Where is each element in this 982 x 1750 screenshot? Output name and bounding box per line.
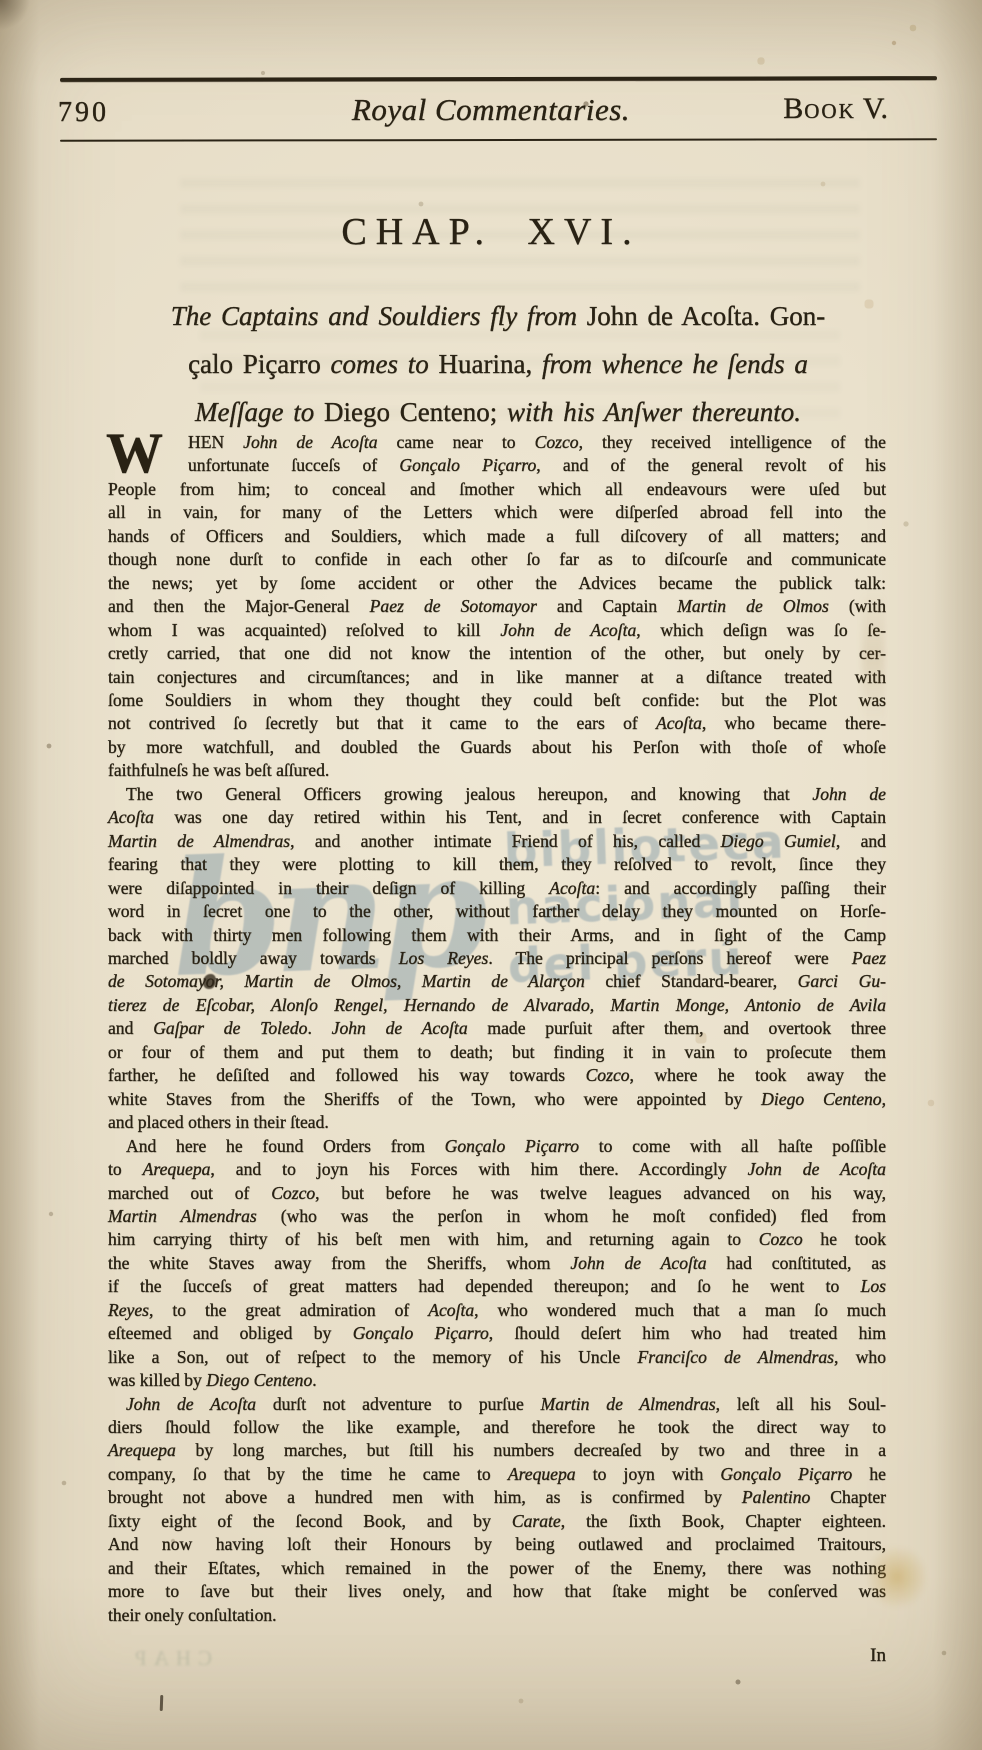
text-line: eſteemed and obliged by Gonçalo Piçarro,… [108, 1322, 886, 1345]
text-line: was killed by Diego Centeno. [108, 1369, 886, 1392]
proper-name: Acoſta [656, 713, 702, 733]
book-label: Book V. [783, 92, 888, 126]
paragraph: WHEN John de Acoſta came near to Cozco, … [108, 431, 886, 783]
text-line: their onely conſultation. [108, 1604, 886, 1627]
book-page: bnp biblioteca nacional del perú 790 Roy… [0, 0, 982, 1750]
proper-name: Arequepa [508, 1464, 576, 1484]
header-rule-top [60, 76, 937, 81]
text-line: the white Staves away from the Sheriffs,… [108, 1252, 886, 1275]
text-line: more to ſave but their lives onely, and … [108, 1580, 886, 1603]
proper-name: çalo Piçarro [188, 349, 321, 379]
text-run: chief Standard-bearer, [585, 971, 798, 991]
text-run: back with thirty men following them with… [108, 925, 886, 945]
text-run: he [852, 1464, 886, 1484]
text-run: by more watchfull, and doubled the Guard… [108, 737, 886, 757]
text-run: : and accordingly paſſing their [595, 878, 886, 898]
proper-name: Martin de Almendras [108, 831, 290, 851]
text-run: their onely conſultation. [108, 1605, 277, 1625]
text-run: made purſuit after them, and overtook th… [468, 1018, 886, 1038]
proper-name: John de Acoſta [570, 1253, 706, 1273]
text-run: (who was the perſon in whom he moſt conf… [257, 1206, 886, 1226]
text-run: The two General Officers growing jealous… [126, 784, 812, 804]
text-run: though none durſt to confide in each oth… [108, 549, 886, 569]
summary-line: çalo Piçarro comes to Huarina, from when… [128, 340, 868, 388]
text-run: hands of Officers and Souldiers, which m… [108, 526, 886, 546]
text-run: from whence he ſends a [532, 349, 808, 379]
text-line: back with thirty men following them with… [108, 924, 886, 947]
text-line: like a Son, out of reſpect to the memory… [108, 1346, 886, 1369]
proper-name: John de Acoſta [748, 1159, 886, 1179]
text-run: white Staves from the Sheriffs of the To… [108, 1089, 761, 1109]
text-line: diers ſhould follow the like example, an… [108, 1416, 886, 1439]
proper-name: John de Acoſta [500, 620, 636, 640]
text-run: diers ſhould follow the like example, an… [108, 1417, 886, 1437]
text-run: with his Anſwer thereunto. [497, 397, 801, 427]
text-run: marched boldly away towards [108, 948, 399, 968]
text-run: And now having loſt their Honours by bei… [108, 1534, 886, 1554]
proper-name: Cozco [271, 1183, 315, 1203]
chapter-heading: CHAP. XVI. [0, 210, 982, 254]
text-run: , who became there- [702, 713, 886, 733]
proper-name: Gonçalo Piçarro [445, 1136, 579, 1156]
text-run: , and of the general revolt of his [536, 455, 886, 475]
book-label-initial: B [783, 92, 804, 125]
proper-name: Acoſta [428, 1300, 474, 1320]
text-run: , the ſixth Book, Chapter eighteen. [561, 1511, 886, 1531]
proper-name: Gonçalo Piçarro [720, 1464, 852, 1484]
proper-name: Cozco [586, 1065, 630, 1085]
text-run: came near to [378, 432, 535, 452]
text-line: Martin de Almendras, and another intimat… [108, 830, 886, 853]
text-run: by long marches, but ſtill his numbers d… [176, 1440, 886, 1460]
text-run: , they received intelligence of the [579, 432, 886, 452]
proper-name: Diego Centeno [761, 1089, 881, 1109]
header-rule-bottom [60, 138, 937, 142]
text-run: , who wondered much that a man ſo much [474, 1300, 886, 1320]
text-run: farther, he deſiſted and followed his wa… [108, 1065, 586, 1085]
proper-name: Franciſco de Almendras [638, 1347, 835, 1367]
text-line: Acoſta was one day retired within his Te… [108, 806, 886, 829]
proper-name: John de Acoſta [243, 432, 377, 452]
text-run: People from him; to conceal and ſmother … [108, 479, 886, 499]
text-line: by more watchfull, and doubled the Guard… [108, 736, 886, 759]
text-run: tain conjectures and circumſtances; and … [108, 667, 886, 687]
text-run: he took [803, 1229, 886, 1249]
paper-speckles [0, 0, 2, 2]
text-run: , and to joyn his Forces with him there.… [210, 1159, 747, 1179]
text-run: or four of them and put them to death; b… [108, 1042, 886, 1062]
proper-name: Diego Centeno [206, 1370, 312, 1390]
body-text: WHEN John de Acoſta came near to Cozco, … [108, 431, 886, 1627]
text-run: And here he found Orders from [126, 1136, 445, 1156]
proper-name: Garci Gu- [798, 971, 886, 991]
text-line: marched out of Cozco, but before he was … [108, 1182, 886, 1205]
text-line: People from him; to conceal and ſmother … [108, 478, 886, 501]
text-line: marched boldly away towards Los Reyes. T… [108, 947, 886, 970]
bleed-through-text: CHAP [92, 1646, 212, 1671]
text-line: And here he found Orders from Gonçalo Pi… [108, 1135, 886, 1158]
paragraph: John de Acoſta durſt not adventure to pu… [108, 1393, 886, 1628]
book-label-rest: ook [804, 99, 856, 123]
text-line: though none durſt to confide in each oth… [108, 548, 886, 571]
proper-name: Gonçalo Piçarro [353, 1323, 489, 1343]
text-line: and then the Major-General Paez de Sotom… [108, 595, 886, 618]
text-run: was killed by [108, 1370, 206, 1390]
text-line: The two General Officers growing jealous… [108, 783, 886, 806]
text-run: whom I was acquainted) reſolved to kill [108, 620, 500, 640]
text-run: had conſtituted, as [707, 1253, 886, 1273]
text-run: comes to [321, 349, 439, 379]
text-run: , who [834, 1347, 886, 1367]
text-line: and their Eſtates, which remained in the… [108, 1557, 886, 1580]
summary-line: Meſſage to Diego Centeno; with his Anſwe… [128, 388, 868, 436]
text-run: and their Eſtates, which remained in the… [108, 1558, 886, 1578]
text-run: the news; yet by ſome accident or other … [108, 573, 886, 593]
proper-name: Reyes [108, 1300, 149, 1320]
text-run: . [312, 1370, 316, 1390]
text-run: to [108, 1159, 143, 1179]
text-line: word in ſecret one to the other, without… [108, 900, 886, 923]
catchword: In [870, 1645, 886, 1667]
text-line: HEN John de Acoſta came near to Cozco, t… [108, 431, 886, 454]
proper-name: Diego Gumiel [721, 831, 836, 851]
text-run: eſteemed and obliged by [108, 1323, 353, 1343]
text-line: unfortunate ſucceſs of Gonçalo Piçarro, … [108, 454, 886, 477]
proper-name: Martin Almendras [108, 1206, 257, 1226]
text-line: John de Acoſta durſt not adventure to pu… [108, 1393, 886, 1416]
text-run: and then the Major-General [108, 596, 370, 616]
text-line: faithfulneſs he was beſt aſſured. [108, 759, 886, 782]
proper-name: Acoſta [549, 878, 595, 898]
proper-name: Arequepa [143, 1159, 211, 1179]
text-line: farther, he deſiſted and followed his wa… [108, 1064, 886, 1087]
proper-name: Gonçalo Piçarro [399, 455, 536, 475]
text-line: to Arequepa, and to joyn his Forces with… [108, 1158, 886, 1181]
text-run: , where he took away the [630, 1065, 886, 1085]
text-run: all in vain, for many of the Letters whi… [108, 502, 886, 522]
text-run: not contrived ſo ſecretly but that it ca… [108, 713, 656, 733]
text-line: tierez de Eſcobar, Alonſo Rengel, Hernan… [108, 994, 886, 1017]
text-line: hands of Officers and Souldiers, which m… [108, 525, 886, 548]
text-run: (with [829, 596, 886, 616]
proper-name: Arequepa [108, 1440, 176, 1460]
text-line: ſixty eight of the ſecond Book, and by C… [108, 1510, 886, 1533]
text-run: fearing that they were plotting to kill … [108, 854, 886, 874]
proper-name: Huarina, [439, 349, 533, 379]
text-run: and Captain [537, 596, 677, 616]
proper-name: Cozco [535, 432, 579, 452]
text-run: , and [836, 831, 886, 851]
proper-name: John de [812, 784, 886, 804]
proper-name: Los Reyes [399, 948, 489, 968]
text-run: him carrying thirty of his beſt men with… [108, 1229, 759, 1249]
text-run: , and another intimate Friend of his, ca… [290, 831, 721, 851]
text-run: if the ſucceſs of great matters had depe… [108, 1276, 861, 1296]
text-line: the news; yet by ſome accident or other … [108, 572, 886, 595]
text-line: fearing that they were plotting to kill … [108, 853, 886, 876]
text-line: Reyes, to the great admiration of Acoſta… [108, 1299, 886, 1322]
text-line: white Staves from the Sheriffs of the To… [108, 1088, 886, 1111]
text-run: and [108, 1018, 153, 1038]
text-run: was one day retired within his Tent, and… [154, 807, 886, 827]
text-line: if the ſucceſs of great matters had depe… [108, 1275, 886, 1298]
text-line: and Gaſpar de Toledo. John de Acoſta mad… [108, 1017, 886, 1040]
ink-mark [160, 1695, 163, 1711]
text-run: brought not above a hundred men with him… [108, 1487, 742, 1507]
text-run: HEN [188, 432, 243, 452]
text-run: . [307, 1018, 331, 1038]
text-run: company, ſo that by the time he came to [108, 1464, 508, 1484]
text-line: company, ſo that by the time he came to … [108, 1463, 886, 1486]
text-line: brought not above a hundred men with him… [108, 1486, 886, 1509]
text-line: or four of them and put them to death; b… [108, 1041, 886, 1064]
text-run: The Captains and Souldiers fly from [171, 301, 587, 331]
paragraph: The two General Officers growing jealous… [108, 783, 886, 1135]
text-run: , leſt all his Soul- [716, 1394, 886, 1414]
proper-name: Diego Centeno; [324, 397, 497, 427]
text-line: de Sotomayor, Martin de Olmos, Martin de… [108, 970, 886, 993]
proper-name: John de Acoſta [332, 1018, 468, 1038]
text-run: durſt not adventure to purſue [256, 1394, 541, 1414]
text-run: faithfulneſs he was beſt aſſured. [108, 760, 329, 780]
text-run: unfortunate ſucceſs of [188, 455, 399, 475]
text-run: the white Staves away from the Sheriffs,… [108, 1253, 570, 1273]
text-line: him carrying thirty of his beſt men with… [108, 1228, 886, 1251]
text-run: were diſappointed in their deſign of kil… [108, 878, 549, 898]
text-run: , to the great admiration of [149, 1300, 428, 1320]
proper-name: Gaſpar de Toledo [153, 1018, 307, 1038]
proper-name: Carate [512, 1511, 561, 1531]
chapter-summary: The Captains and Souldiers fly from John… [128, 292, 868, 436]
proper-name: Los [861, 1276, 886, 1296]
proper-name: Martin de Olmos [677, 596, 829, 616]
text-run: to joyn with [576, 1464, 721, 1484]
text-run: marched out of [108, 1183, 271, 1203]
text-run: word in ſecret one to the other, without… [108, 901, 886, 921]
text-run: like a Son, out of reſpect to the memory… [108, 1347, 638, 1367]
text-run: , ſhould deſert him who had treated him [489, 1323, 886, 1343]
text-line: were diſappointed in their deſign of kil… [108, 877, 886, 900]
text-run: Chapter [810, 1487, 886, 1507]
proper-name: Acoſta [108, 807, 154, 827]
proper-name: tierez de Eſcobar, Alonſo Rengel, Hernan… [108, 995, 886, 1015]
text-run: and placed others in their ſtead. [108, 1112, 329, 1132]
text-run: ſixty eight of the ſecond Book, and by [108, 1511, 512, 1531]
proper-name: John de Acoſta. Gon- [587, 301, 825, 331]
text-line: And now having loſt their Honours by bei… [108, 1533, 886, 1556]
summary-line: The Captains and Souldiers fly from John… [128, 292, 868, 340]
text-run: , [882, 1089, 886, 1109]
text-line: tain conjectures and circumſtances; and … [108, 666, 886, 689]
book-label-numeral: V. [856, 92, 888, 125]
proper-name: John de Acoſta [126, 1394, 256, 1414]
proper-name: de Sotomayor, Martin de Olmos, Martin de… [108, 971, 585, 991]
paragraph: And here he found Orders from Gonçalo Pi… [108, 1135, 886, 1393]
text-line: all in vain, for many of the Letters whi… [108, 501, 886, 524]
text-line: whom I was acquainted) reſolved to kill … [108, 619, 886, 642]
text-run: . The principal perſons hereof were [488, 948, 851, 968]
text-line: ſome Souldiers in whom they thought they… [108, 689, 886, 712]
text-line: cretly carried, that one did not know th… [108, 642, 886, 665]
text-line: Martin Almendras (who was the perſon in … [108, 1205, 886, 1228]
proper-name: Palentino [742, 1487, 810, 1507]
text-run: ſome Souldiers in whom they thought they… [108, 690, 886, 710]
proper-name: Cozco [759, 1229, 803, 1249]
proper-name: Paez de Sotomayor [370, 596, 537, 616]
text-line: not contrived ſo ſecretly but that it ca… [108, 712, 886, 735]
text-run: more to ſave but their lives onely, and … [108, 1581, 886, 1601]
text-run: , but before he was twelve leagues advan… [315, 1183, 886, 1203]
text-line: Arequepa by long marches, but ſtill his … [108, 1439, 886, 1462]
proper-name: Paez [852, 948, 886, 968]
text-run: , which deſign was ſo ſe- [636, 620, 886, 640]
proper-name: Martin de Almendras [541, 1394, 716, 1414]
text-run: cretly carried, that one did not know th… [108, 643, 886, 663]
text-run: Meſſage to [195, 397, 324, 427]
drop-cap: W [106, 430, 163, 477]
text-run: to come with all haſte poſſible [579, 1136, 886, 1156]
text-line: and placed others in their ſtead. [108, 1111, 886, 1134]
